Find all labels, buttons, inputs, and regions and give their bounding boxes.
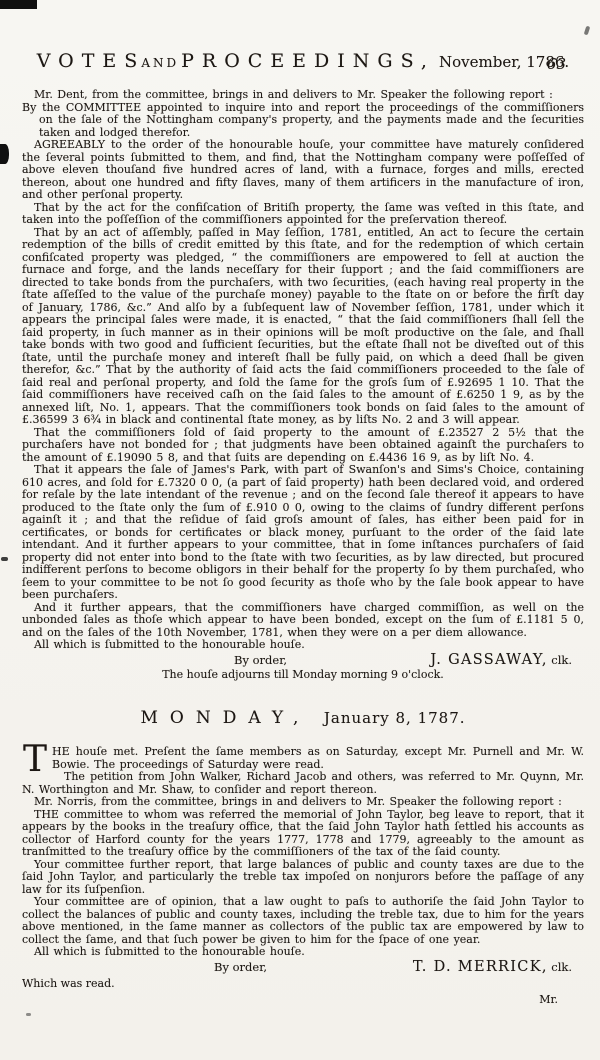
paragraph-taylor-accounts: THE committee to whom was referred the m… <box>22 809 584 859</box>
journal-title-and: AND <box>141 56 179 70</box>
clerk-abbrev-1: clk. <box>551 653 572 667</box>
paragraph-unbonded-sales: That the commiſſioners ſold of ſaid prop… <box>22 427 584 465</box>
paragraph-submitted-1: All which is ſubmitted to the honourable… <box>22 639 584 652</box>
paragraph-house-met: T HE houſe met. Preſent the ſame members… <box>22 746 584 771</box>
scan-artifact-left-dash <box>1 557 8 561</box>
signature-row-merrick: By order, T. D. MERRICK, clk. <box>22 959 584 975</box>
signature-row-gassaway: By order, J. GASSAWAY, clk. <box>22 652 584 668</box>
paragraph-submitted-2: All which is ſubmitted to the honourable… <box>22 946 584 959</box>
paragraph-taylor-balances: Your committee further report, that larg… <box>22 859 584 897</box>
by-order-label-1: By order, <box>234 654 287 667</box>
page-header: VOTES AND PROCEEDINGS, November, 1786. 6… <box>22 50 584 72</box>
paragraph-committee-charge: By the COMMITTEE appointed to inquire in… <box>22 102 584 140</box>
report-body: Mr. Dent, from the committee, brings in … <box>22 89 584 1006</box>
clerk-signature-2: T. D. MERRICK, clk. <box>413 961 572 975</box>
journal-title-votes: VOTES <box>37 50 146 72</box>
adjournment-notice: The houſe adjourns till Monday morning 9… <box>22 669 584 682</box>
paragraph-dent-intro: Mr. Dent, from the committee, brings in … <box>22 89 584 102</box>
paragraph-confiscation-act: That by the act for the confiſcation of … <box>22 202 584 227</box>
which-was-read-line: Which was read. <box>22 978 584 991</box>
paragraph-commission-charged: And it further appears, that the commiſſ… <box>22 602 584 640</box>
catchword: Mr. <box>22 994 584 1007</box>
journal-title-proceedings: PROCEEDINGS, <box>181 50 435 72</box>
paragraph-committee-opinion: Your committee are of opinion, that a la… <box>22 896 584 946</box>
scan-artifact-left-edge <box>0 144 9 164</box>
paragraph-assembly-act-sales: That by an act of aſſembly, paſſed in Ma… <box>22 227 584 427</box>
paragraph-agreeably: AGREEABLY to the order of the honourable… <box>22 139 584 202</box>
clerk-signature-1: J. GASSAWAY, clk. <box>430 654 572 668</box>
paragraph-james-park-resale: That it appears the ſale of James's Park… <box>22 464 584 602</box>
scan-artifact-top-left <box>0 0 37 9</box>
paragraph-petition-walker: The petition from John Walker, Richard J… <box>22 771 584 796</box>
page-number: 63 <box>547 55 566 73</box>
scan-artifact-top-right <box>584 26 591 36</box>
clerk-name-merrick: T. D. MERRICK, <box>413 959 548 975</box>
drop-cap-t: T <box>22 746 52 772</box>
clerk-name-gassaway: J. GASSAWAY, <box>430 652 547 668</box>
clerk-abbrev-2: clk. <box>551 960 572 974</box>
paragraph-house-met-text: HE houſe met. Preſent the ſame members a… <box>52 745 584 771</box>
paragraph-norris-intro: Mr. Norris, from the committee, brings i… <box>22 796 584 809</box>
by-order-label-2: By order, <box>214 961 267 974</box>
day-name: MONDAY, <box>140 708 310 728</box>
scan-artifact-bottom-speck <box>26 1013 31 1016</box>
section-heading-monday: MONDAY, January 8, 1787. <box>22 712 584 727</box>
session-date: January 8, 1787. <box>324 709 466 727</box>
document-page: VOTES AND PROCEEDINGS, November, 1786. 6… <box>0 0 600 1060</box>
